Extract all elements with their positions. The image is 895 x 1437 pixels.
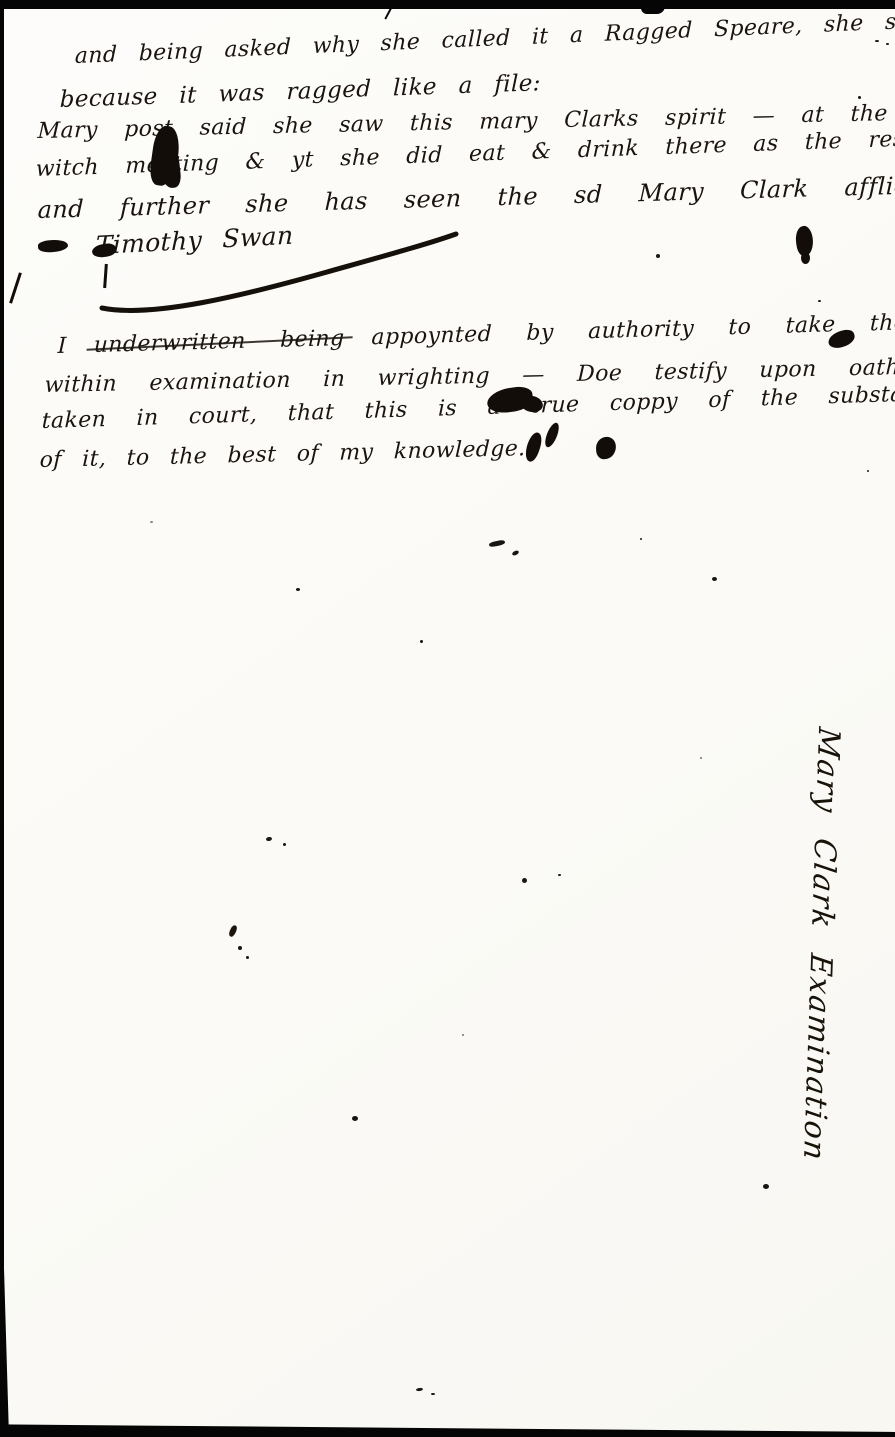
crossed-words: underwritten being — [93, 326, 344, 358]
ink-blot — [801, 252, 810, 264]
line-text: and being asked why she called it a Ragg… — [75, 8, 895, 69]
ink-speck — [858, 96, 861, 99]
ink-speck — [416, 1388, 423, 1392]
manuscript-line: because it was ragged like a file: — [60, 70, 542, 113]
ink-speck — [818, 300, 821, 302]
manuscript-line: of it, to the best of my knowledge. — [39, 436, 526, 473]
ink-speck — [246, 956, 249, 959]
ink-speck — [522, 878, 527, 883]
manuscript-page: and being asked why she called it a Ragg… — [0, 0, 895, 1437]
ink-speck — [867, 470, 869, 472]
ink-speck — [420, 640, 423, 643]
line-text: because it was ragged like a file: — [60, 70, 542, 113]
ink-speck — [462, 1034, 464, 1036]
ink-speck — [352, 1116, 358, 1121]
ink-speck — [228, 924, 239, 937]
ink-speck — [431, 1393, 435, 1395]
docket-label: Mary Clark Examination — [796, 725, 846, 1164]
margin-scribble — [9, 272, 22, 303]
ink-speck — [640, 538, 642, 540]
scan-border-left — [0, 0, 4, 1437]
ink-speck — [489, 539, 506, 547]
scan-border-bottom — [0, 1419, 895, 1437]
scan-border-top — [0, 0, 895, 9]
ink-speck — [296, 588, 300, 591]
scan-border-left-wedge — [0, 1270, 9, 1437]
ink-blot — [542, 421, 561, 449]
ink-speck — [656, 254, 660, 258]
ink-blot — [595, 436, 617, 460]
ink-speck — [150, 521, 153, 523]
ink-speck — [511, 550, 519, 557]
ink-speck — [700, 757, 702, 759]
ink-speck — [266, 837, 273, 842]
ink-blot — [523, 431, 545, 464]
ink-speck — [886, 43, 889, 45]
scan-border-top-blob — [641, 0, 665, 14]
margin-scribble — [38, 239, 69, 254]
ink-speck — [238, 946, 242, 950]
manuscript-line: and being asked why she called it a Ragg… — [75, 7, 895, 69]
line-text: I — [57, 334, 67, 359]
ink-speck — [283, 843, 286, 846]
ink-speck — [763, 1184, 769, 1189]
ink-speck — [558, 874, 561, 876]
ink-speck — [875, 40, 879, 42]
line-text: of it, to the best of my knowledge. — [39, 436, 526, 473]
ink-speck — [712, 577, 717, 581]
pen-flourish-stroke — [92, 224, 472, 319]
